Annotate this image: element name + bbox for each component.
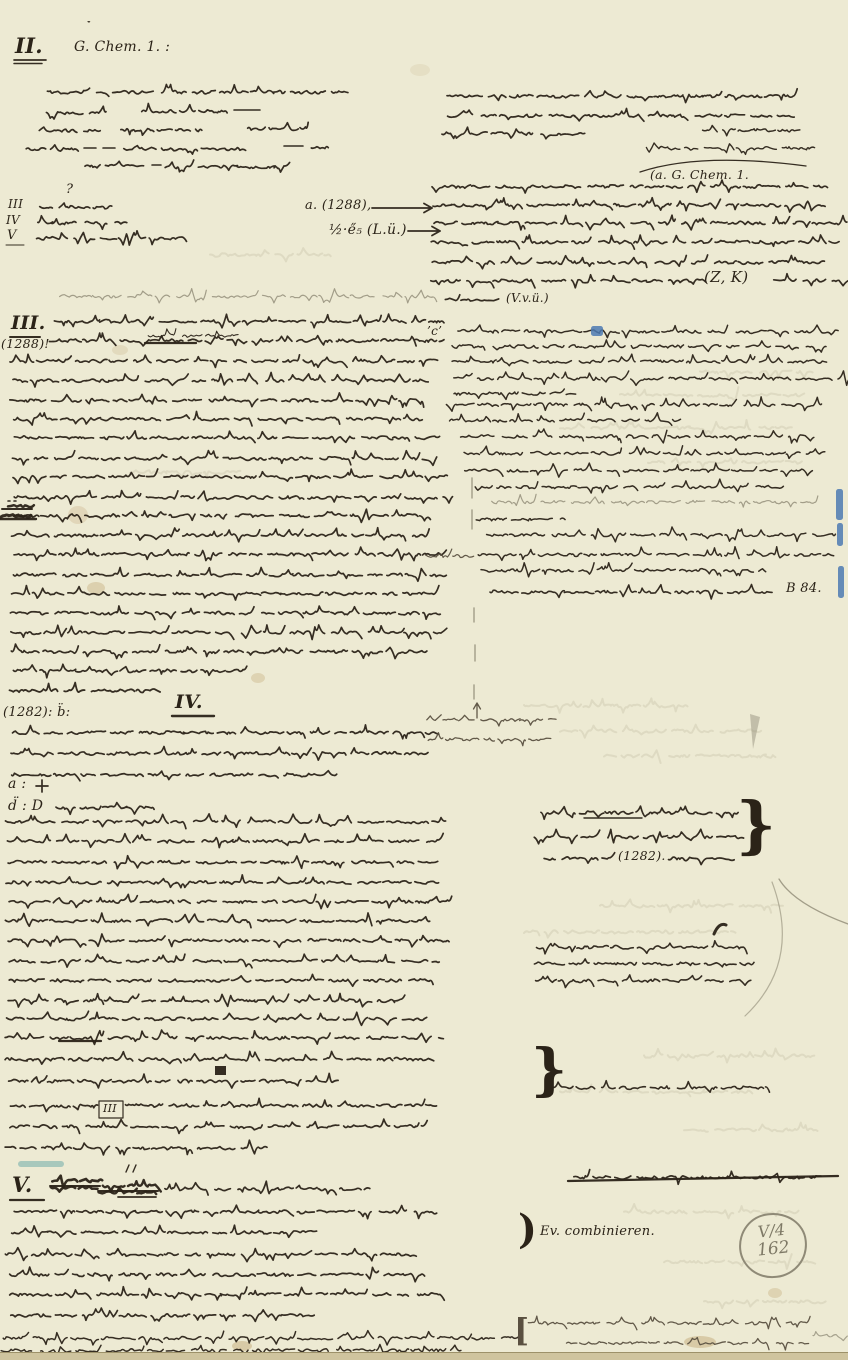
ink-mark [408,227,440,236]
handwriting-line [475,479,783,493]
ink-mark [126,1165,136,1172]
ghost-bleedthrough-line [560,420,792,434]
handwriting-line [5,1030,443,1044]
handwriting-line [9,954,439,968]
handwriting-line [669,857,735,864]
handwriting-line [49,333,444,346]
handwriting-line [431,235,839,249]
handwriting-line [452,354,826,366]
handwriting-line [464,446,825,459]
handwriting-line [450,413,681,426]
handwriting-line [10,1287,445,1301]
ghost-bleedthrough-line [524,930,736,937]
handwriting-line [454,389,576,399]
token-question-mark: ? [66,183,73,196]
token-section-ii: II. [15,35,43,56]
handwriting-line [37,231,187,245]
handwriting-line [8,994,405,1008]
handwriting-line [13,373,428,388]
handwriting-line [452,340,826,352]
token-section-iii: III. [11,314,45,333]
handwriting-line [11,747,428,761]
handwriting-line [427,715,556,726]
token-ref-e5: ½·e̋₅ (L.ü.) [329,223,407,237]
handwriting-line [487,527,836,542]
ink-mark [474,703,481,718]
handwriting-line [465,463,813,477]
handwriting-line [5,913,429,928]
token-section-v: V. [12,1174,33,1195]
token-ref-vvu: (V.v.ü.) [506,292,549,304]
handwriting-line [10,683,161,693]
handwriting-line [11,644,427,659]
ghost-bleedthrough-line [620,387,804,401]
handwriting-line [446,397,821,411]
handwriting-line [47,85,348,97]
handwriting-line [142,104,228,113]
handwriting-line [39,127,100,132]
token-ref-1282-left: (1282): b̈: [3,706,70,719]
handwriting-line [0,515,31,518]
handwriting-line [85,161,144,168]
handwriting-line [544,853,615,863]
handwriting-line [165,1181,370,1195]
handwriting-line [12,528,430,542]
handwriting-line [11,625,447,640]
token-heading-note: G. Chem. 1. : [74,40,170,54]
blue-crayon-mark [836,489,843,520]
ghost-bleedthrough-line [648,458,802,467]
handwriting-line [51,1186,98,1191]
ghost-bleedthrough-line [560,725,761,738]
brace-glyph-0: } [736,794,776,856]
handwriting-line [10,354,438,367]
token-ref-chem: (a. G. Chem. 1. [650,169,749,182]
handwriting-line [126,1098,437,1107]
handwriting-line [26,145,78,151]
token-ref-zk: (Z, K) [704,270,748,285]
handwriting-line [481,563,766,577]
pencil-mark [779,879,848,924]
handwriting-line [528,1316,810,1330]
handwriting-line [431,275,706,288]
handwriting-line [56,803,154,815]
handwriting-line [432,255,824,269]
handwriting-line [12,451,436,466]
handwriting-line [14,1205,437,1219]
handwriting-line [9,894,452,908]
handwriting-line [536,975,751,988]
handwriting-line [458,325,838,338]
handwriting-line [476,518,565,521]
handwriting-line [311,147,328,149]
token-section-iv: IV. [175,693,203,712]
ghost-bleedthrough-line [704,1300,826,1308]
ghost-bleedthrough-line [560,1085,752,1097]
handwriting-line [148,329,238,338]
blue-crayon-mark [838,566,844,598]
handwriting-line [445,295,498,301]
handwriting-line [7,1011,427,1025]
handwriting-line [490,585,772,600]
handwriting-line [774,274,848,286]
ink-mark [215,1066,226,1075]
handwriting-line [165,160,289,172]
handwriting-line [124,146,246,155]
handwriting-line [13,664,246,678]
handwriting-line [448,109,795,122]
handwriting-line [8,505,34,507]
ghost-bleedthrough-line [604,750,775,763]
handwriting-line [10,1267,425,1282]
handwriting-line [7,833,443,847]
handwriting-line [9,1073,339,1088]
handwriting-line [12,771,337,781]
handwriting-line [12,1225,317,1237]
handwriting-line [54,314,444,328]
handwriting-line [5,1140,267,1155]
handwriting-line [425,549,473,557]
handwriting-line [8,856,438,869]
handwriting-line [447,89,797,103]
handwriting-line [14,491,452,505]
ink-mark [87,21,90,23]
handwriting-line [3,1331,518,1345]
brace-glyph-1: } [531,1042,567,1098]
paper-stain [112,345,128,355]
handwriting-line [537,941,748,954]
handwriting-line [433,198,825,212]
page-bottom-edge [0,1352,848,1360]
handwriting-line [813,1332,847,1341]
token-boxed-iii: III [103,1103,117,1114]
handwriting-line [10,606,440,620]
handwriting-line [10,1104,97,1111]
handwriting-line [11,1308,314,1321]
blue-crayon-mark [837,523,843,546]
handwriting-line [46,106,106,119]
handwriting-line [6,875,439,888]
teal-crayon-smudge [18,1161,64,1167]
token-ref-1288-a: a. (1288), [305,199,371,212]
handwriting-line [428,733,551,746]
handwriting-line [10,393,424,407]
handwriting-line [60,289,437,303]
handwriting-line [492,494,818,507]
token-ref-1282-note: (1282). [618,850,666,863]
token-item-d: d̈ : D [8,799,43,813]
token-margin-c: ’c’ [427,325,442,337]
token-margin-iv: IV [6,214,20,226]
handwriting-line [38,216,127,229]
handwriting-line [5,1248,416,1262]
handwriting-line [9,974,433,986]
handwriting-line [454,371,848,385]
handwriting-line [5,1051,434,1064]
handwriting-line [14,547,446,561]
handwriting-line [40,203,112,209]
token-margin-v: V [7,229,17,242]
handwriting-line [703,126,800,136]
blue-crayon-mark [591,326,603,336]
brace-glyph-3: [ [514,1314,529,1346]
brace-glyph-2: ) [518,1210,537,1250]
ink-mark [36,780,48,792]
handwriting-line [461,429,814,443]
handwriting-line [646,143,814,154]
handwriting-line [8,934,449,947]
handwriting-line [13,725,439,739]
handwriting-line [13,568,446,582]
handwriting-line [14,412,423,426]
pencil-mark [745,882,782,1016]
manuscript-artwork [0,0,848,1360]
token-ref-b84: B 84. [786,582,822,595]
paper-stain [251,673,265,683]
handwriting-line [432,180,828,193]
handwriting-line [534,959,754,967]
handwriting-line [248,122,309,130]
ink-mark [372,204,432,213]
handwriting-line [6,814,446,829]
handwriting-line [442,127,585,139]
handwriting-line [541,806,738,819]
token-margin-iii: III [8,198,23,210]
handwriting-line [121,129,202,136]
handwriting-line [14,431,439,443]
handwriting-line [10,1119,427,1133]
ghost-bleedthrough-line [600,899,783,912]
ghost-bleedthrough-line [644,1049,814,1063]
token-note-combine: Ev. combinieren. [540,1225,655,1238]
ghost-bleedthrough-line [684,1123,818,1132]
paper-stain [410,64,430,76]
handwriting-line [12,586,439,600]
manuscript-page: V/4 162 II.G. Chem. 1. :?IIIIVVa. (1288)… [0,0,848,1360]
paper-stain [768,1288,782,1298]
handwriting-line [534,829,743,844]
handwriting-line [434,215,847,230]
token-item-a: a : [8,777,26,791]
paper-stain [684,1336,716,1348]
handwriting-line [478,547,834,561]
token-ref-1288-b: (1288)! [1,338,50,351]
ghost-bleedthrough-line [524,698,688,712]
ghost-bleedthrough-line [210,248,331,261]
